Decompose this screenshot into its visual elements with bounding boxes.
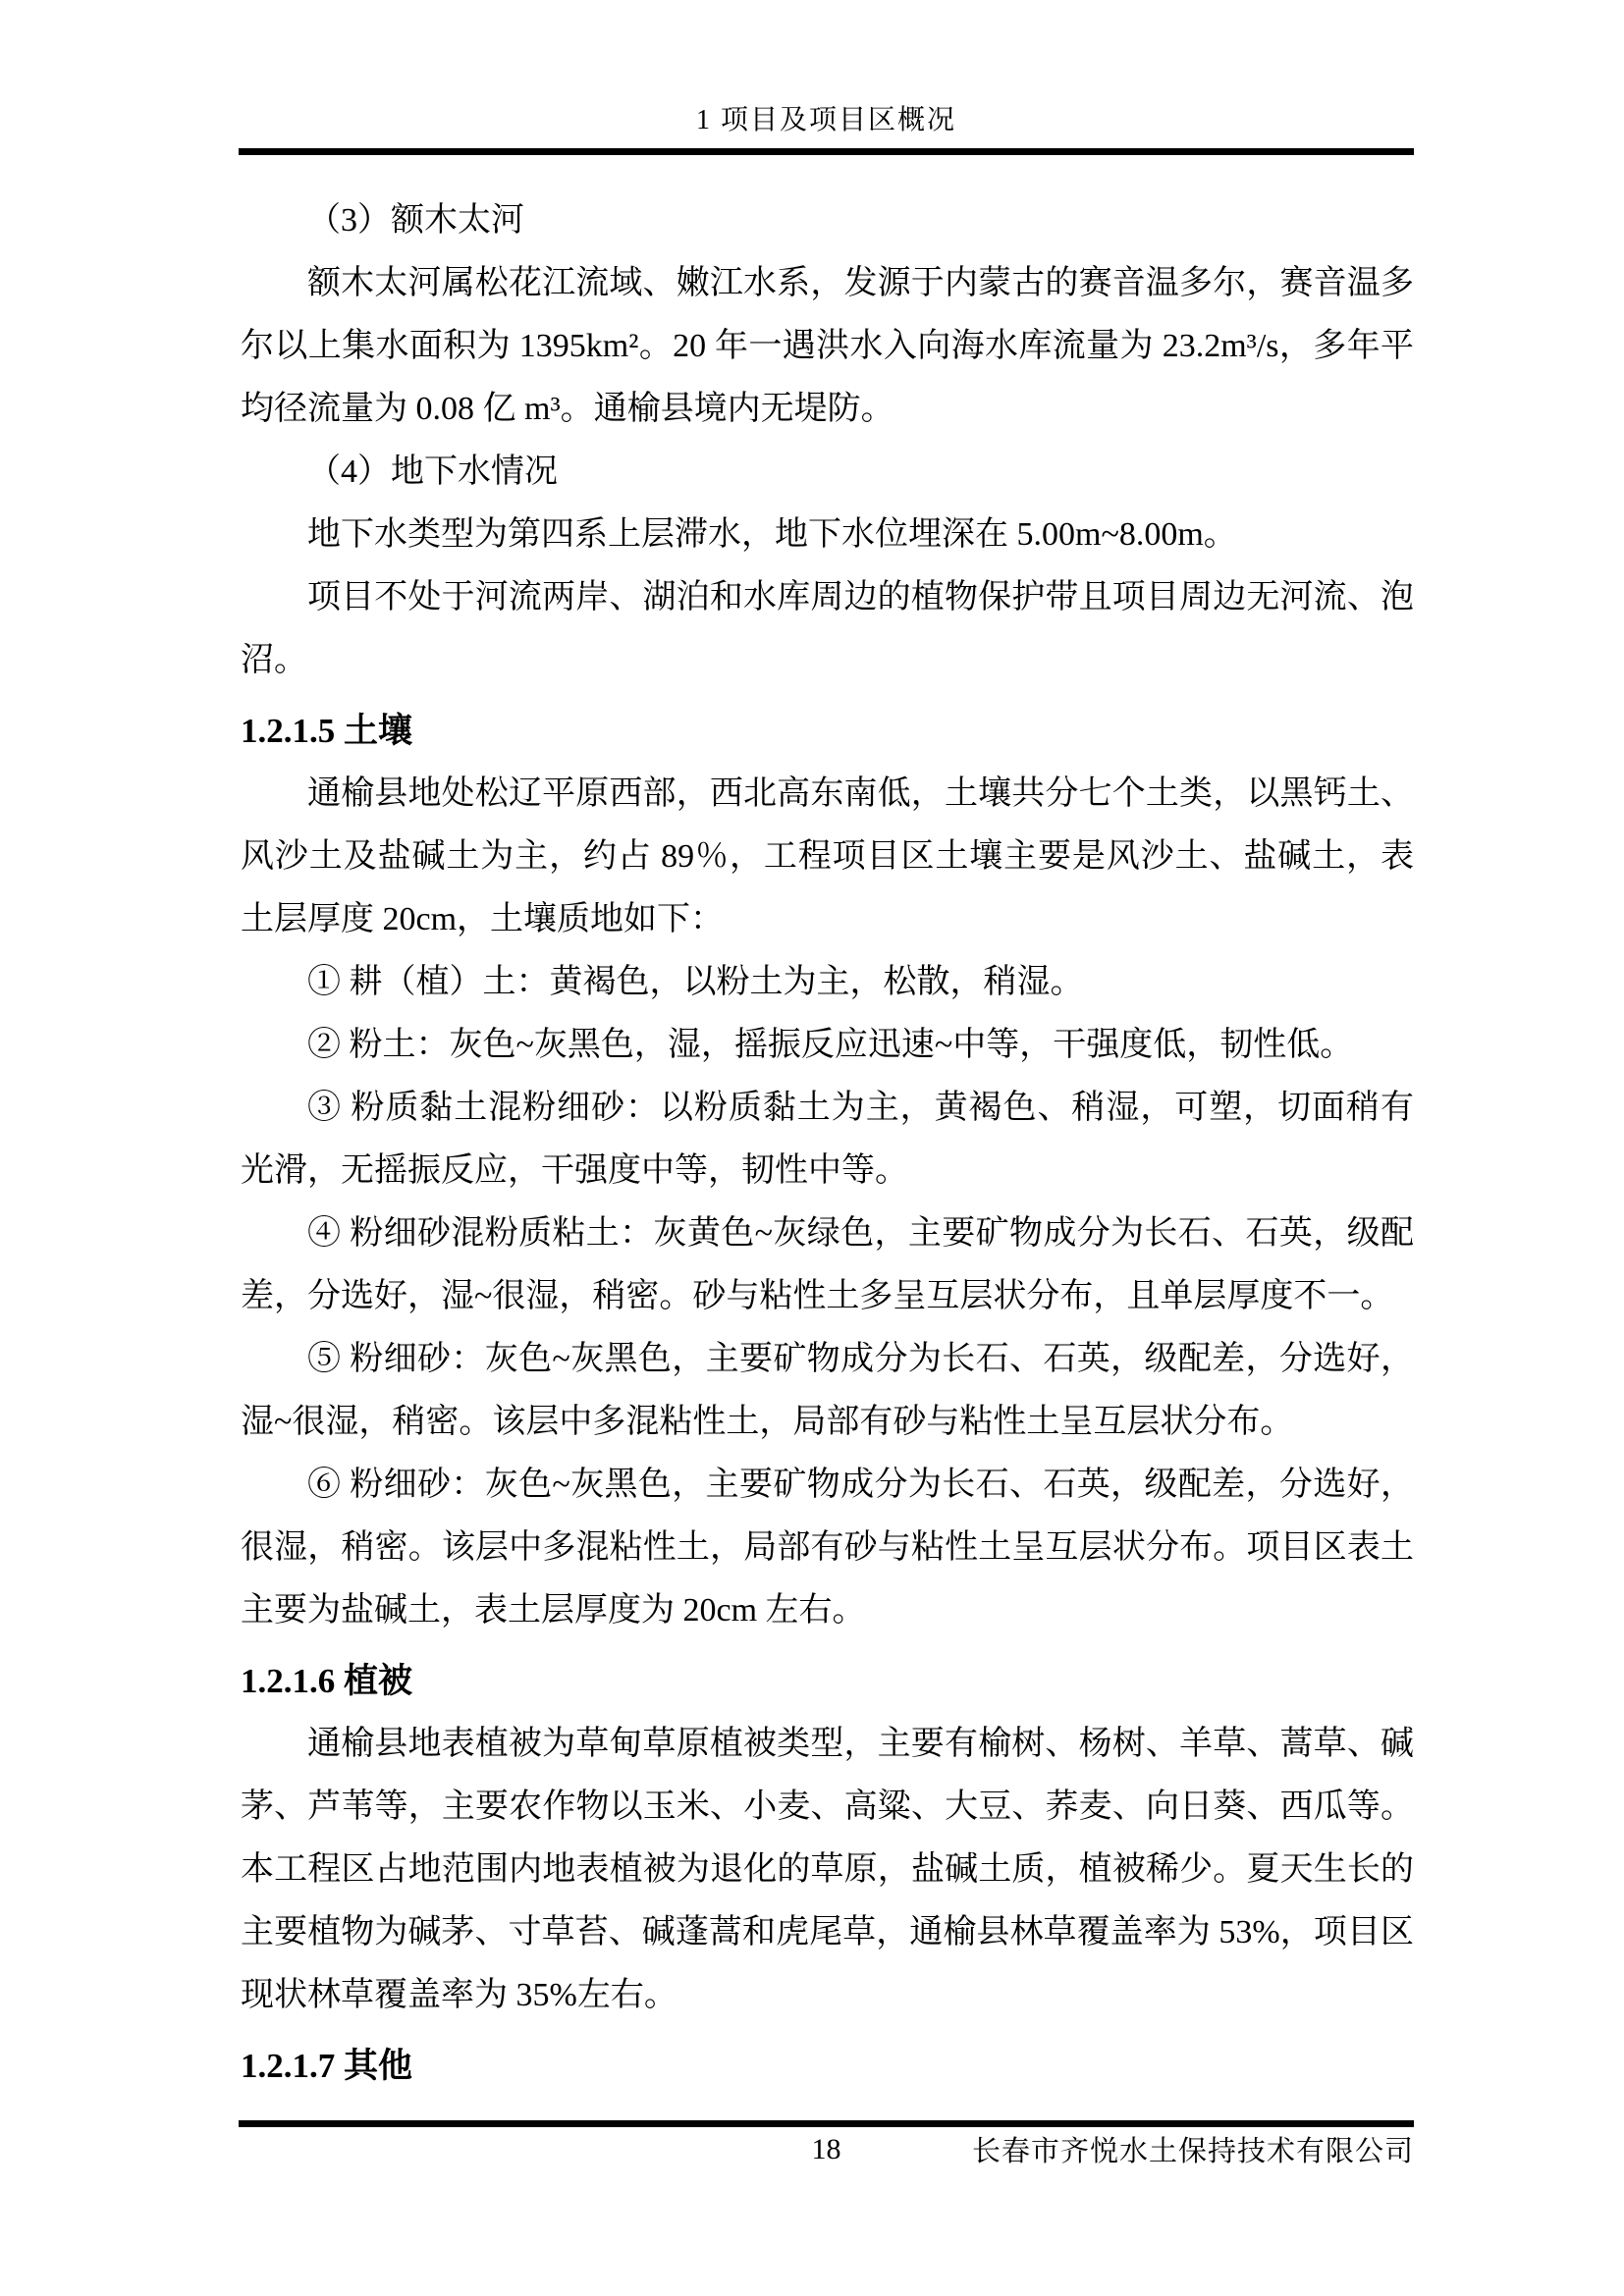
para-river-protection-note: 项目不处于河流两岸、湖泊和水库周边的植物保护带且项目周边无河流、泡沼。 [241, 566, 1414, 692]
footer-rule [239, 2120, 1414, 2127]
soil-type-item-2: ② 粉土：灰色~灰黑色，湿，摇振反应迅速~中等，干强度低，韧性低。 [241, 1014, 1414, 1077]
para-emutai-river-title: （3）额木太河 [241, 189, 1414, 252]
soil-type-item-6: ⑥ 粉细砂：灰色~灰黑色，主要矿物成分为长石、石英，级配差，分选好，很湿，稍密。… [241, 1454, 1414, 1642]
soil-type-item-4: ④ 粉细砂混粉质粘土：灰黄色~灰绿色，主要矿物成分为长石、石英，级配差，分选好，… [241, 1202, 1414, 1328]
page-content: （3）额木太河 额木太河属松花江流域、嫩江水系，发源于内蒙古的赛音温多尔，赛音温… [241, 189, 1414, 2098]
para-vegetation-desc: 通榆县地表植被为草甸草原植被类型，主要有榆树、杨树、羊草、蒿草、碱茅、芦苇等，主… [241, 1713, 1414, 2027]
document-page: 1 项目及项目区概况 （3）额木太河 额木太河属松花江流域、嫩江水系，发源于内蒙… [0, 0, 1624, 2296]
heading-vegetation: 1.2.1.6 植被 [241, 1650, 1414, 1713]
soil-type-item-1: ① 耕（植）土：黄褐色，以粉土为主，松散，稍湿。 [241, 951, 1414, 1014]
soil-type-item-5: ⑤ 粉细砂：灰色~灰黑色，主要矿物成分为长石、石英，级配差，分选好，湿~很湿，稍… [241, 1328, 1414, 1454]
para-groundwater-desc: 地下水类型为第四系上层滞水，地下水位埋深在 5.00m~8.00m。 [241, 504, 1414, 566]
footer-company-name: 长春市齐悦水土保持技术有限公司 [972, 2132, 1414, 2171]
header-chapter-title: 1 项目及项目区概况 [239, 101, 1414, 140]
heading-soil: 1.2.1.5 土壤 [241, 700, 1414, 763]
para-groundwater-title: （4）地下水情况 [241, 441, 1414, 504]
para-emutai-river-desc: 额木太河属松花江流域、嫩江水系，发源于内蒙古的赛音温多尔，赛音温多尔以上集水面积… [241, 252, 1414, 441]
header-rule [239, 148, 1414, 155]
para-soil-overview: 通榆县地处松辽平原西部，西北高东南低，土壤共分七个土类，以黑钙土、风沙土及盐碱土… [241, 763, 1414, 951]
heading-other: 1.2.1.7 其他 [241, 2035, 1414, 2098]
soil-type-item-3: ③ 粉质黏土混粉细砂：以粉质黏土为主，黄褐色、稍湿，可塑，切面稍有光滑，无摇振反… [241, 1077, 1414, 1202]
